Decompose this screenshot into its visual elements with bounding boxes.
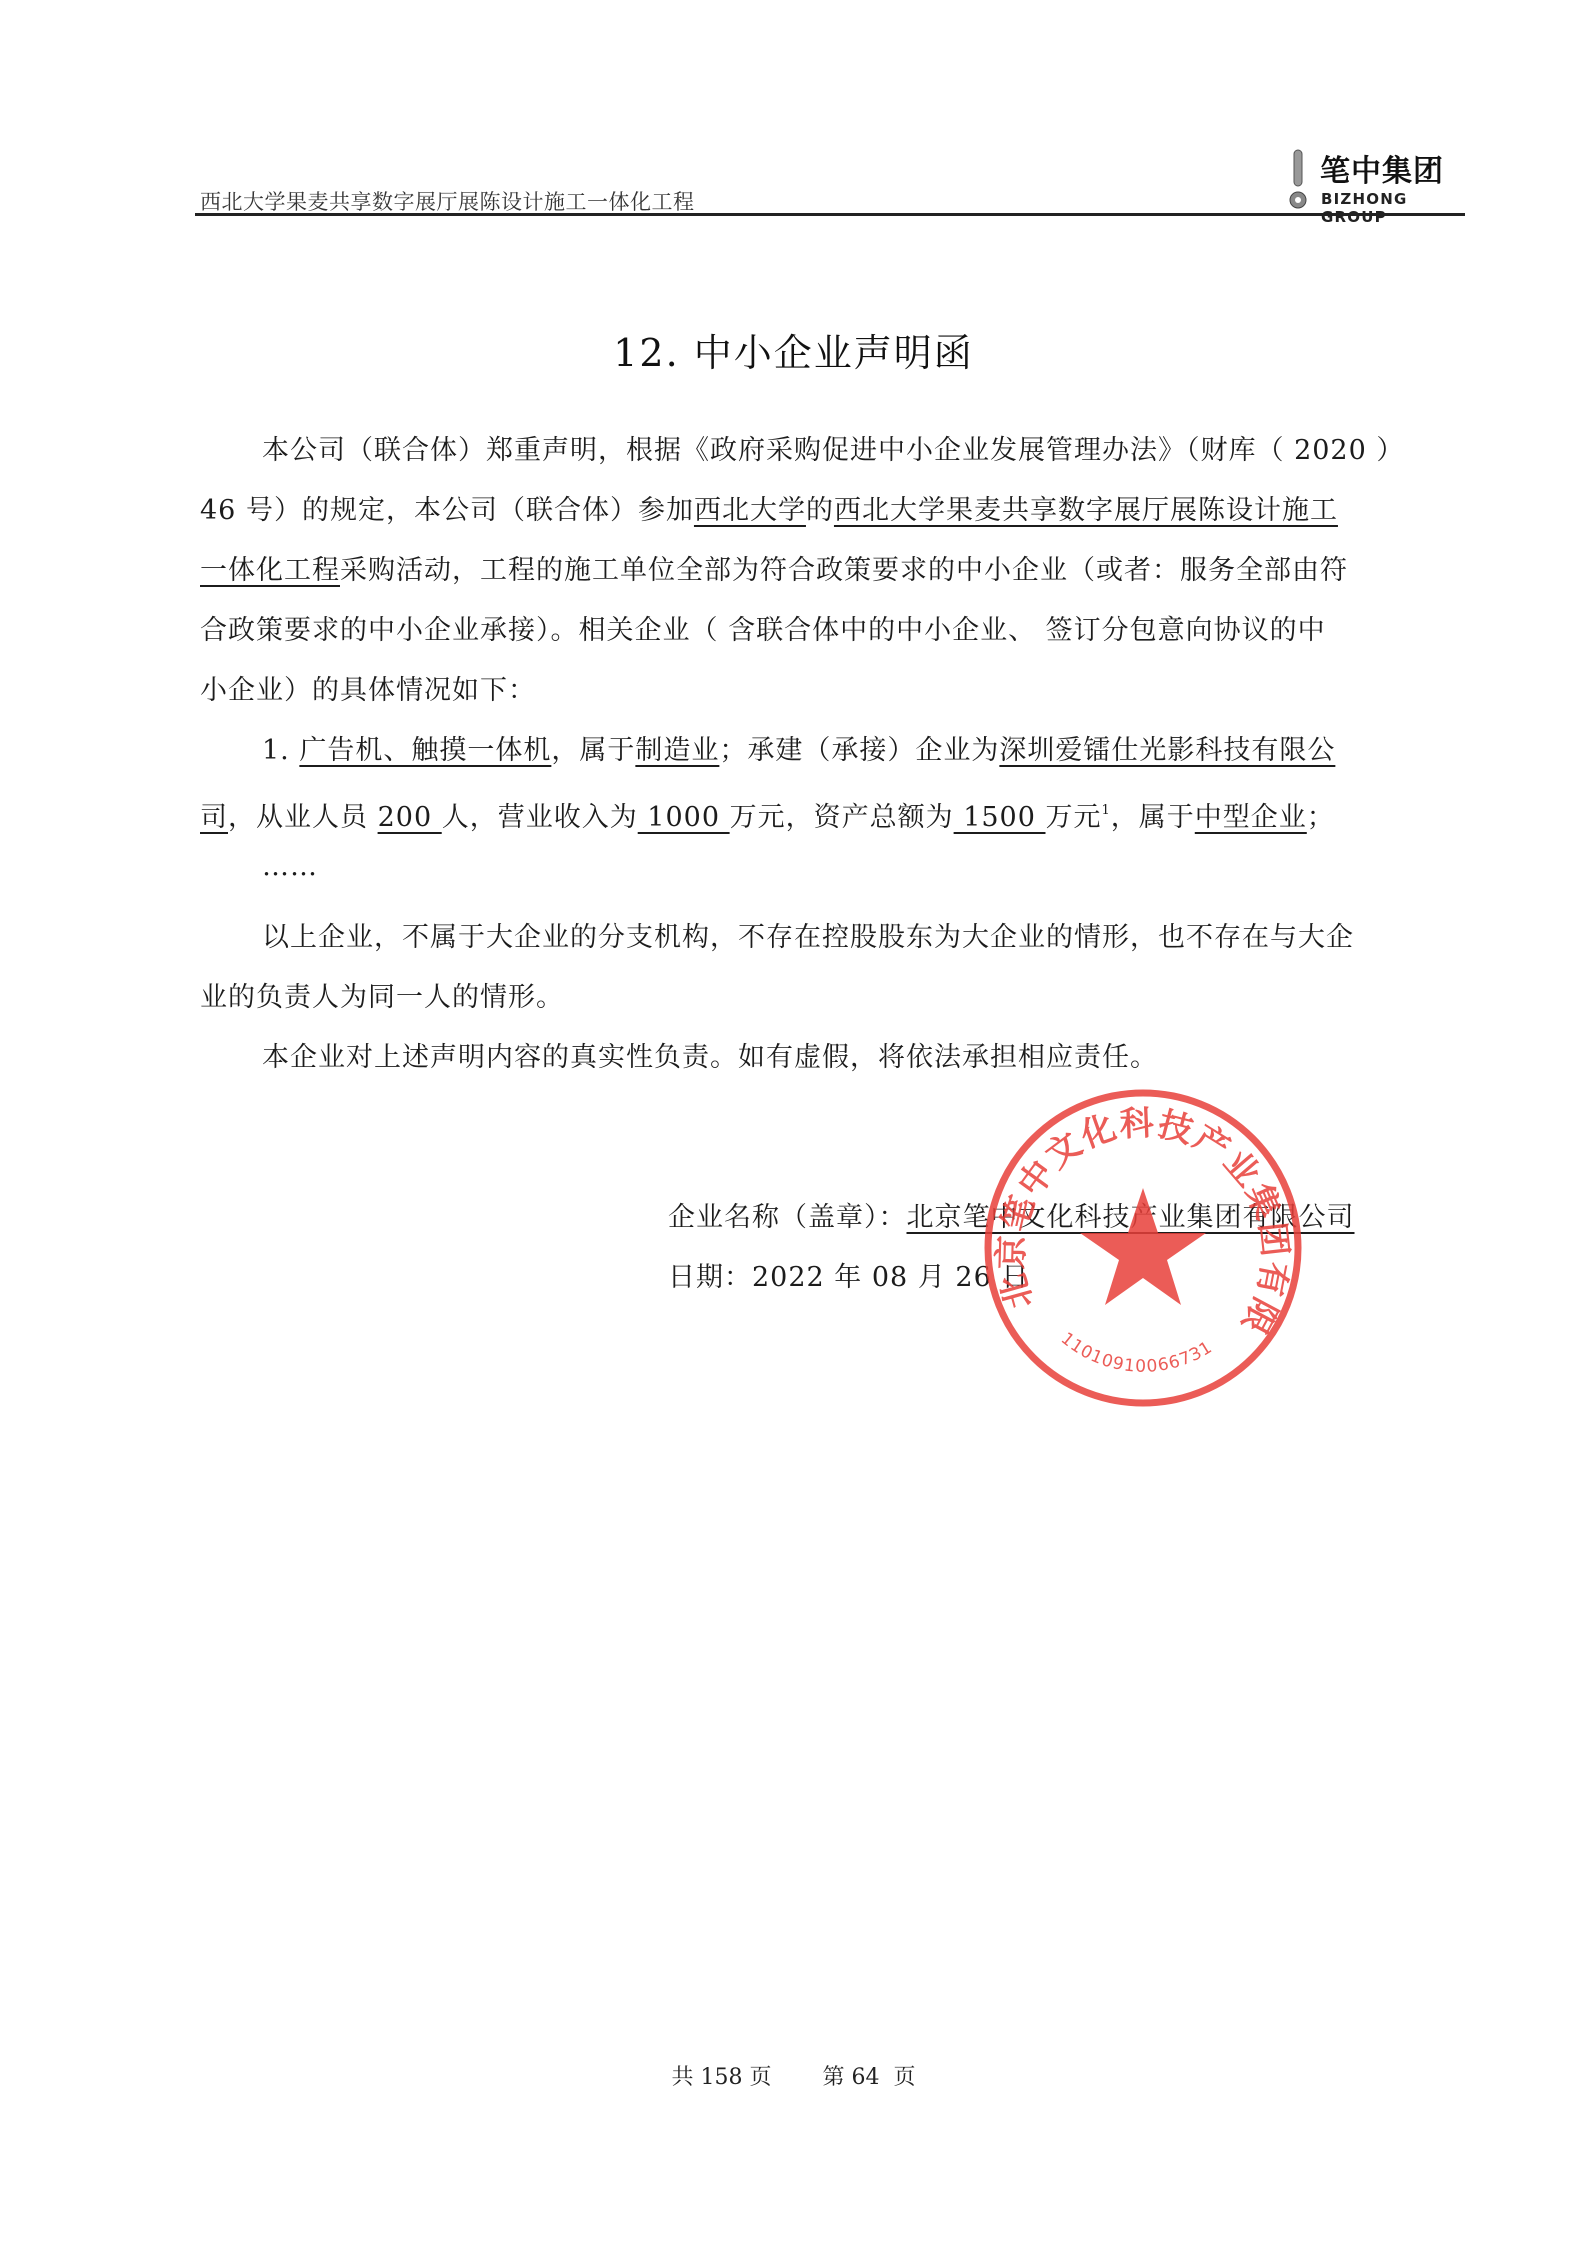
text: 人，营业收入为 [442,802,638,833]
total-pages: 共 158 页 [672,2065,772,2090]
text: ； [1307,802,1335,833]
item-number: 1. [262,735,290,766]
pen-logo-icon [1288,148,1308,210]
text: 万元 [1046,802,1102,833]
footnote-marker: 1 [1102,803,1111,818]
employee-count: 200 [378,802,442,833]
current-page: 第 64 页 [823,2065,916,2090]
text: 46 号）的规定，本公司（联合体）参加 [200,495,694,526]
contractor-company-cont: 司 [200,802,228,833]
revenue-value: 1000 [638,802,730,833]
text: ，从业人员 [228,802,378,833]
text: ，属于 [1111,802,1195,833]
stamp-number: 110109100667З1 [1057,1329,1217,1377]
text: ，属于 [551,735,635,766]
logo-english-text: BIZHONG GROUP [1321,190,1468,226]
item-line: 1. 广告机、触摸一体机，属于制造业；承建（承接）企业为深圳爱镭仕光影科技有限公 [262,734,1335,768]
item-line: 司，从业人员 200 人，营业收入为 1000 万元，资产总额为 1500 万元… [200,794,1335,835]
text: 万元，资产总额为 [730,802,954,833]
responsibility-paragraph: 本企业对上述声明内容的真实性负责。如有虚假，将依法承担相应责任。 [262,1041,1158,1075]
date-line: 日期：2022 年 08 月 26 日 [668,1261,1029,1295]
project-title: 西北大学果麦共享数字展厅展陈设计施工一体化工程 [200,186,695,216]
contractor-company: 深圳爱镭仕光影科技有限公 [999,735,1335,766]
text: ；承建（承接）企业为 [719,735,999,766]
paragraph-line: 46 号）的规定，本公司（联合体）参加西北大学的西北大学果麦共享数字展厅展陈设计… [200,494,1338,528]
logo-chinese-text: 笔中集团 [1320,146,1444,190]
paragraph-line: 小企业）的具体情况如下： [200,674,536,708]
product-name: 广告机、触摸一体机 [299,735,551,766]
star-icon [1080,1188,1206,1305]
header-divider [195,213,1465,216]
svg-text:110109100667З1: 110109100667З1 [1057,1329,1217,1377]
paragraph-line: 一体化工程采购活动，工程的施工单位全部为符合政策要求的中小企业（或者：服务全部由… [200,554,1348,588]
paragraph-line: 以上企业，不属于大企业的分支机构，不存在控股股东为大企业的情形，也不存在与大企 [262,921,1354,955]
company-seal-stamp: 北京笔中文化科技产业集团有限公司 110109100667З1 [978,1083,1308,1413]
enterprise-type: 中型企业 [1195,802,1307,833]
text: 的 [806,495,834,526]
paragraph-line: 业的负责人为同一人的情形。 [200,981,564,1015]
ellipsis: …… [262,850,318,884]
industry: 制造业 [635,735,719,766]
paragraph-line: 本公司（联合体）郑重声明，根据《政府采购促进中小企业发展管理办法》（财库（ 20… [262,434,1404,468]
project-name: 西北大学果麦共享数字展厅展陈设计施工 [834,495,1338,526]
text: 采购活动，工程的施工单位全部为符合政策要求的中小企业（或者：服务全部由符 [340,555,1348,586]
purchaser-name: 西北大学 [694,495,806,526]
page-footer: 共 158 页 第 64 页 [0,2060,1587,2091]
company-logo: 笔中集团 BIZHONG GROUP [1288,148,1468,212]
assets-value: 1500 [954,802,1046,833]
project-name-cont: 一体化工程 [200,555,340,586]
document-title: 12. 中小企业声明函 [0,322,1587,377]
date-label: 日期： [668,1262,752,1293]
company-label: 企业名称（盖章）： [668,1202,907,1233]
paragraph-line: 合政策要求的中小企业承接）。相关企业（ 含联合体中的中小企业、 签订分包意向协议… [200,614,1326,648]
